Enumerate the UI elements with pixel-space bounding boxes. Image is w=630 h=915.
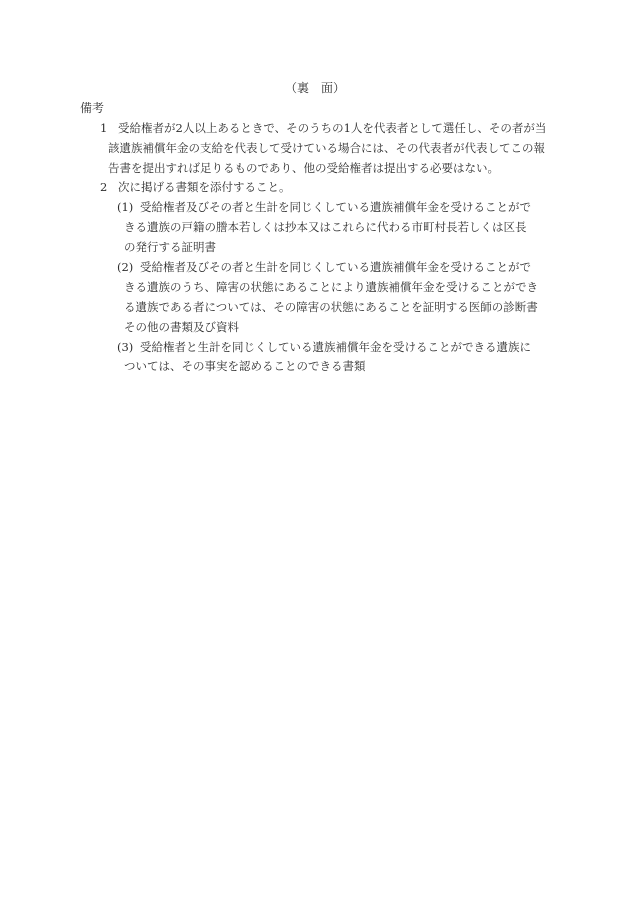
subitem-2-line-2: きる遺族のうち、障害の状態にあることにより遺族補償年金を受けることができ [0, 278, 630, 298]
note-1-number: 1 [100, 119, 118, 139]
subitem-2-number: (2) [117, 258, 140, 278]
subitem-3-text: 受給権者と生計を同じくしている遺族補償年金を受けることができる遺族に [140, 340, 531, 354]
subitem-2-line-4: その他の書類及び資料 [0, 318, 630, 338]
note-1-text: 受給権者が2人以上あるときで、そのうちの1人を代表者として選任し、その者が当 [118, 121, 546, 135]
subitem-1-line-1: (1)受給権者及びその者と生計を同じくしている遺族補償年金を受けることがで [0, 198, 630, 218]
subitem-2-line-1: (2)受給権者及びその者と生計を同じくしている遺族補償年金を受けることがで [0, 258, 630, 278]
subitem-3-number: (3) [117, 338, 140, 358]
subitem-2-text: 受給権者及びその者と生計を同じくしている遺族補償年金を受けることがで [140, 260, 531, 274]
subitem-3-line-1: (3)受給権者と生計を同じくしている遺族補償年金を受けることができる遺族に [0, 338, 630, 358]
remarks-heading: 備考 [0, 99, 630, 119]
subitem-2-line-3: る遺族である者については、その障害の状態にあることを証明する医師の診断書 [0, 298, 630, 318]
subitem-1-text: 受給権者及びその者と生計を同じくしている遺族補償年金を受けることがで [140, 200, 531, 214]
back-side-title: （裏 面） [0, 79, 630, 99]
note-1-line-1: 1受給権者が2人以上あるときで、そのうちの1人を代表者として選任し、その者が当 [0, 119, 630, 139]
subitem-3-line-2: ついては、その事実を認めることのできる書類 [0, 357, 630, 377]
subitem-1-line-3: の発行する証明書 [0, 238, 630, 258]
note-2-line-1: 2次に掲げる書類を添付すること。 [0, 178, 630, 198]
note-2-number: 2 [100, 178, 118, 198]
document-page: （裏 面） 備考 1受給権者が2人以上あるときで、そのうちの1人を代表者として選… [0, 0, 630, 915]
subitem-1-number: (1) [117, 198, 140, 218]
subitem-1-line-2: きる遺族の戸籍の謄本若しくは抄本又はこれらに代わる市町村長若しくは区長 [0, 218, 630, 238]
note-1-line-2: 該遺族補償年金の支給を代表して受けている場合には、その代表者が代表してこの報 [0, 139, 630, 159]
note-2-text: 次に掲げる書類を添付すること。 [118, 180, 291, 194]
note-1-line-3: 告書を提出すれば足りるものであり、他の受給権者は提出する必要はない。 [0, 159, 630, 179]
